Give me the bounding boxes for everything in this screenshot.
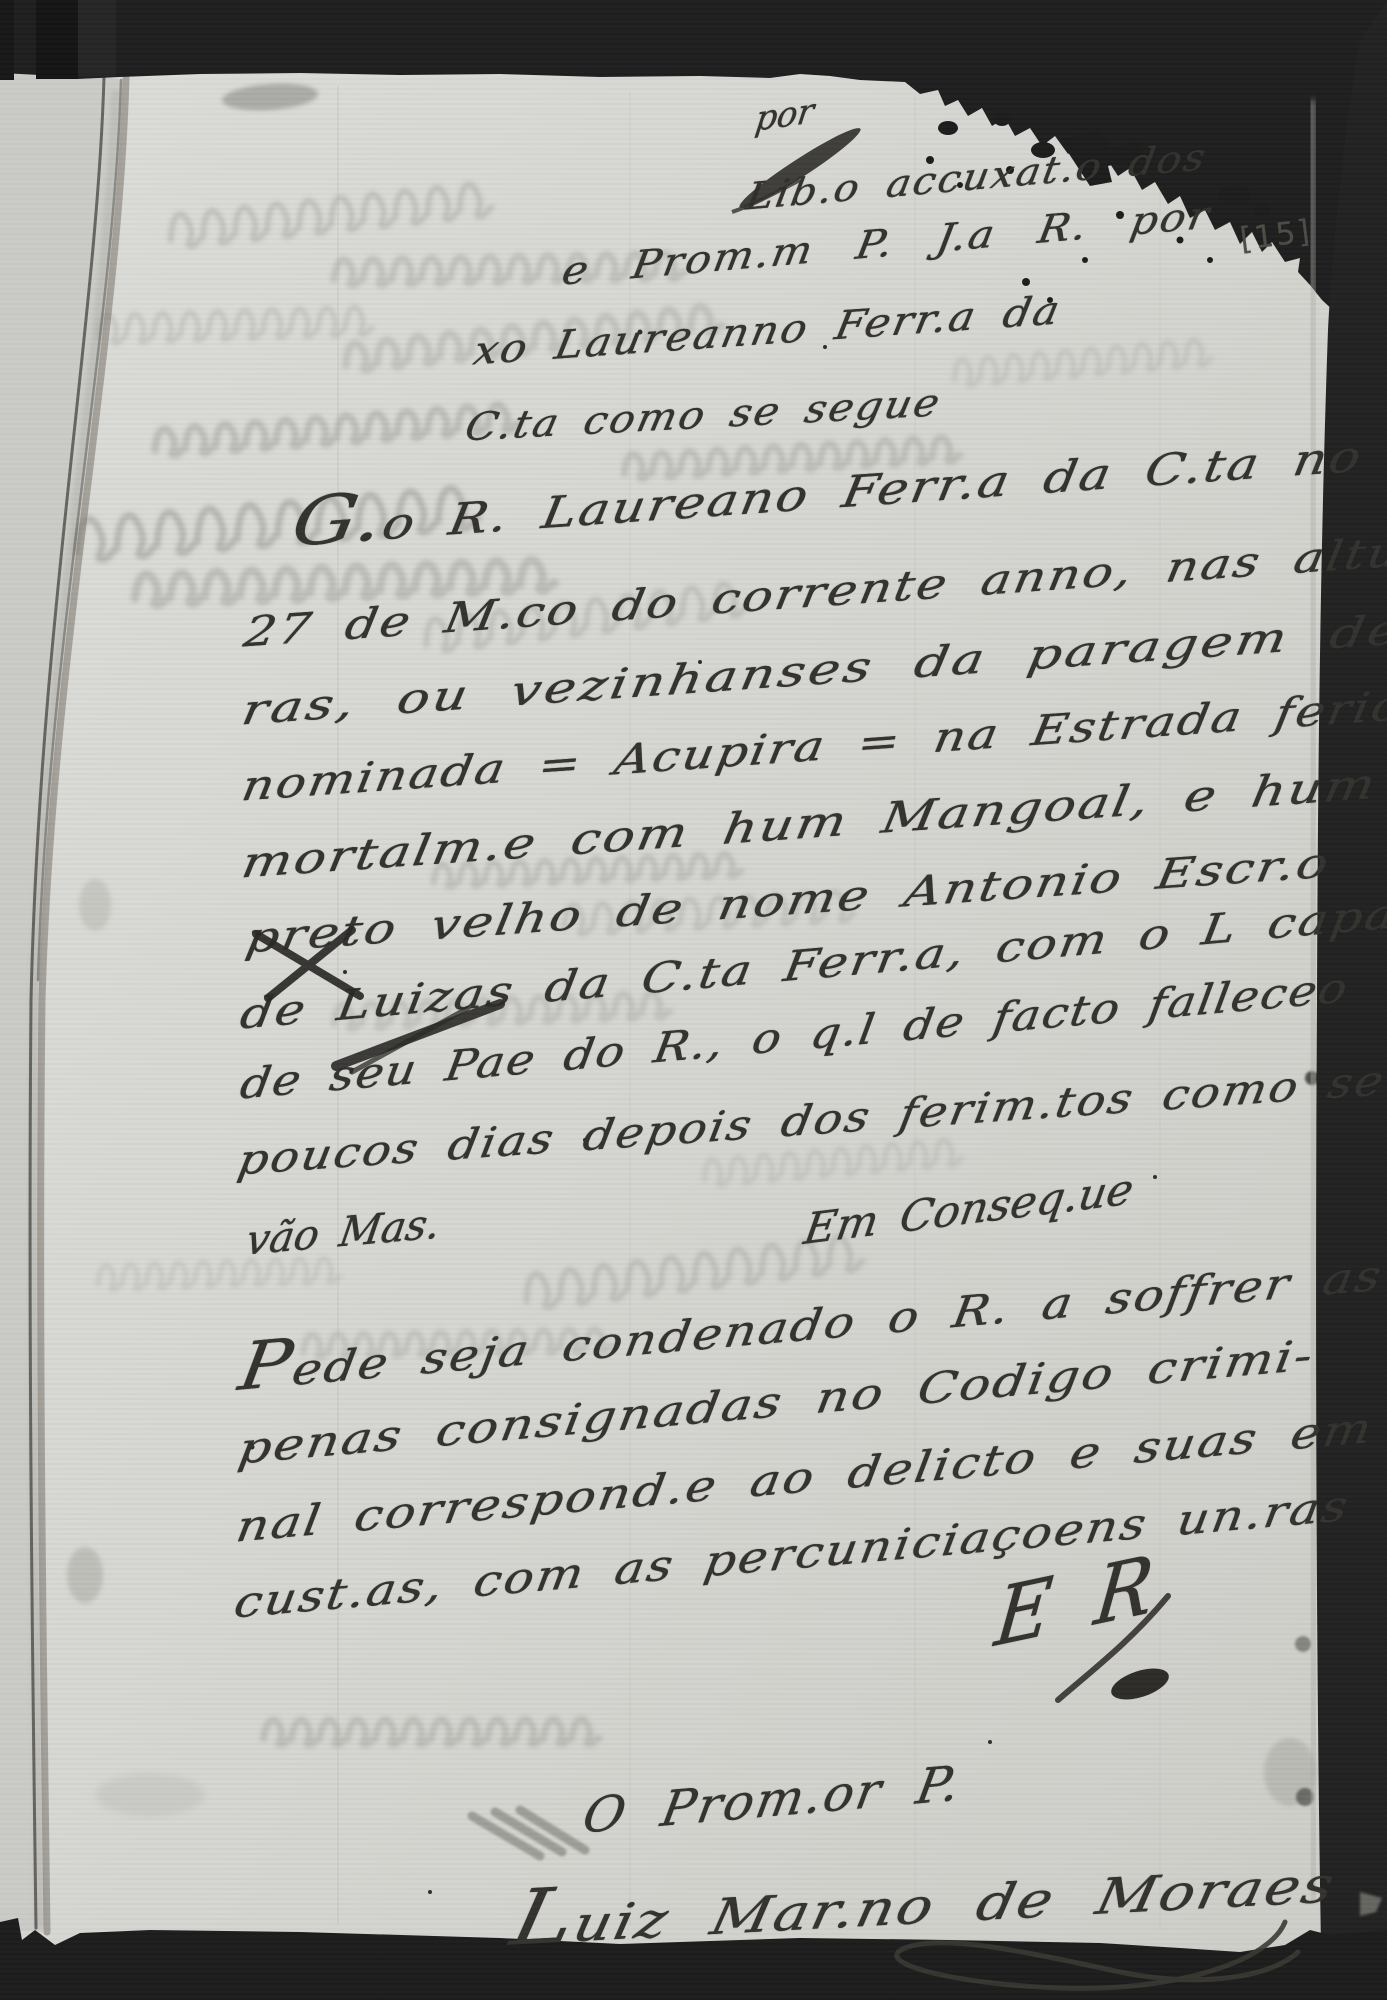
manuscript-scan-page: por Lib.o accuxat.o dos e Prom.m P. J.a … bbox=[0, 0, 1387, 2000]
signature-hatch-smudge bbox=[472, 1810, 585, 1856]
scan-artwork-over bbox=[0, 0, 1387, 2000]
strike-through-slash bbox=[336, 1004, 500, 1072]
signature-flourish bbox=[897, 1922, 1298, 1988]
closing-formula-flourish bbox=[1058, 1596, 1173, 1706]
strike-through-x bbox=[256, 930, 360, 998]
por-flourish bbox=[732, 121, 865, 215]
